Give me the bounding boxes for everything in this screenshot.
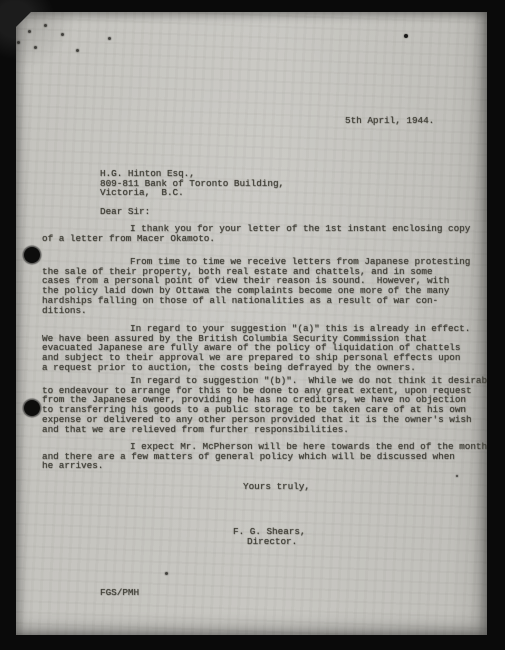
paragraph-line: of a letter from Macer Okamoto. (42, 234, 470, 244)
salutation: Dear Sir: (100, 207, 150, 217)
letter-date: 5th April, 1944. (345, 116, 434, 126)
speckle (28, 30, 31, 33)
speckle (165, 572, 168, 575)
speckle (44, 24, 47, 27)
paragraph-line: a request prior to auction, the costs be… (42, 363, 470, 373)
speckle (61, 33, 64, 36)
speckle (17, 41, 20, 44)
letter-page: 5th April, 1944. H.G. Hinton Esq.,809-81… (16, 12, 487, 635)
scan-background: 5th April, 1944. H.G. Hinton Esq.,809-81… (0, 0, 505, 650)
paragraph-line: hardships falling on those of all nation… (42, 296, 470, 306)
paragraph-line: ditions. (42, 306, 470, 316)
paragraph-1: I thank you for your letter of the 1st i… (42, 224, 470, 243)
speckle (34, 46, 37, 49)
speckle (76, 49, 79, 52)
paragraph-5: I expect Mr. McPherson will be here towa… (42, 442, 487, 471)
speckle (404, 34, 408, 38)
recipient-address: H.G. Hinton Esq.,809-811 Bank of Toronto… (100, 169, 284, 198)
corner-shadow (16, 12, 76, 72)
signature-title: Director. (247, 537, 297, 547)
punch-hole-bottom (24, 400, 40, 416)
punch-hole-top (24, 247, 40, 263)
paragraph-line: he arrives. (42, 461, 487, 471)
paragraph-4: In regard to suggestion "(b)". While we … (42, 376, 498, 434)
paragraph-line: and there are a few matters of general p… (42, 452, 487, 462)
paragraph-line: and that we are relieved from further re… (42, 425, 498, 435)
speckle (456, 475, 458, 477)
speckle (108, 37, 111, 40)
reference-initials: FGS/PMH (100, 588, 139, 598)
address-line: Victoria, B.C. (100, 188, 284, 198)
paragraph-2: From time to time we receive letters fro… (42, 257, 470, 315)
paragraph-3: In regard to your suggestion "(a)" this … (42, 324, 470, 373)
closing: Yours truly, (243, 482, 310, 492)
